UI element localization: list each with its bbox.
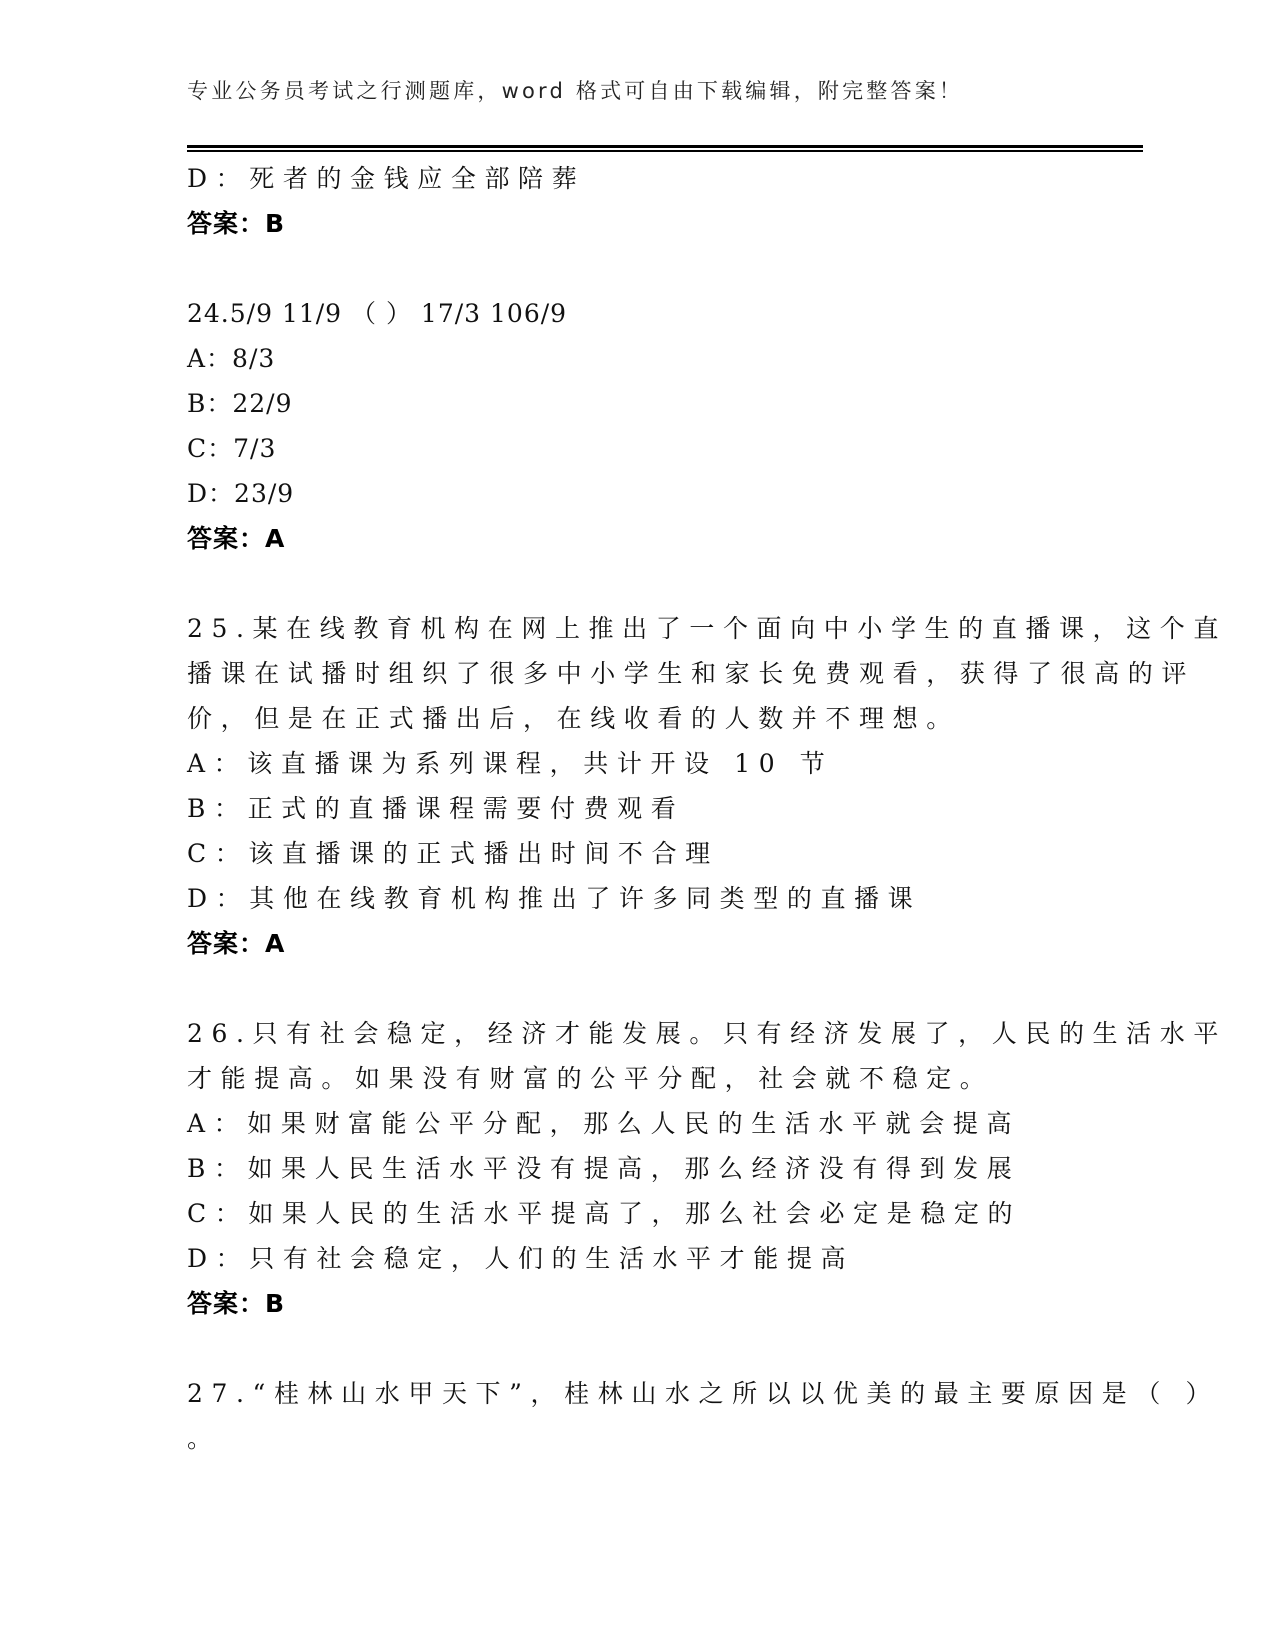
option-d: D：死者的金钱应全部陪葬 — [187, 156, 1147, 201]
option-b: B：如果人民生活水平没有提高，那么经济没有得到发展 — [187, 1146, 1147, 1191]
option-d: D：只有社会稳定，人们的生活水平才能提高 — [187, 1236, 1147, 1281]
option-a: A：如果财富能公平分配，那么人民的生活水平就会提高 — [187, 1101, 1147, 1146]
option-c: C：如果人民的生活水平提高了，那么社会必定是稳定的 — [187, 1191, 1147, 1236]
answer-label: 答案：B — [187, 1281, 1147, 1326]
question-24: 24.5/9 11/9 （ ） 17/3 106/9 A：8/3 B：22/9 … — [187, 291, 1147, 561]
answer-label: 答案：B — [187, 201, 1147, 246]
question-stem-line: 26.只有社会稳定，经济才能发展。只有经济发展了，人民的生活水平 — [187, 1011, 1147, 1056]
option-c: C：7/3 — [187, 426, 1147, 471]
question-stem-line: 才能提高。如果没有财富的公平分配，社会就不稳定。 — [187, 1056, 1147, 1101]
answer-label: 答案：A — [187, 516, 1147, 561]
spacer — [187, 966, 1147, 1011]
question-stem-line: 25.某在线教育机构在网上推出了一个面向中小学生的直播课，这个直 — [187, 606, 1147, 651]
option-b: B：22/9 — [187, 381, 1147, 426]
header-rule-thick — [187, 145, 1143, 148]
question-stem-line: 。 — [187, 1416, 1147, 1461]
option-d: D：23/9 — [187, 471, 1147, 516]
spacer — [187, 1326, 1147, 1371]
option-a: A：8/3 — [187, 336, 1147, 381]
header-rule-thin — [187, 150, 1143, 152]
question-stem-line: 价，但是在正式播出后，在线收看的人数并不理想。 — [187, 696, 1147, 741]
option-c: C：该直播课的正式播出时间不合理 — [187, 831, 1147, 876]
question-26: 26.只有社会稳定，经济才能发展。只有经济发展了，人民的生活水平 才能提高。如果… — [187, 1011, 1147, 1326]
spacer — [187, 561, 1147, 606]
option-d: D：其他在线教育机构推出了许多同类型的直播课 — [187, 876, 1147, 921]
question-stem: 24.5/9 11/9 （ ） 17/3 106/9 — [187, 291, 1147, 336]
prev-question-tail: D：死者的金钱应全部陪葬 答案：B — [187, 156, 1147, 246]
question-content: D：死者的金钱应全部陪葬 答案：B 24.5/9 11/9 （ ） 17/3 1… — [187, 156, 1147, 1461]
option-b: B：正式的直播课程需要付费观看 — [187, 786, 1147, 831]
page-header: 专业公务员考试之行测题库，word 格式可自由下载编辑，附完整答案！ — [187, 74, 963, 108]
question-27: 27.“桂林山水甲天下”，桂林山水之所以以优美的最主要原因是（ ） 。 — [187, 1371, 1147, 1461]
spacer — [187, 246, 1147, 291]
question-stem-line: 27.“桂林山水甲天下”，桂林山水之所以以优美的最主要原因是（ ） — [187, 1371, 1147, 1416]
question-stem-line: 播课在试播时组织了很多中小学生和家长免费观看，获得了很高的评 — [187, 651, 1147, 696]
answer-label: 答案：A — [187, 921, 1147, 966]
question-25: 25.某在线教育机构在网上推出了一个面向中小学生的直播课，这个直 播课在试播时组… — [187, 606, 1147, 966]
option-a: A：该直播课为系列课程，共计开设 10 节 — [187, 741, 1147, 786]
